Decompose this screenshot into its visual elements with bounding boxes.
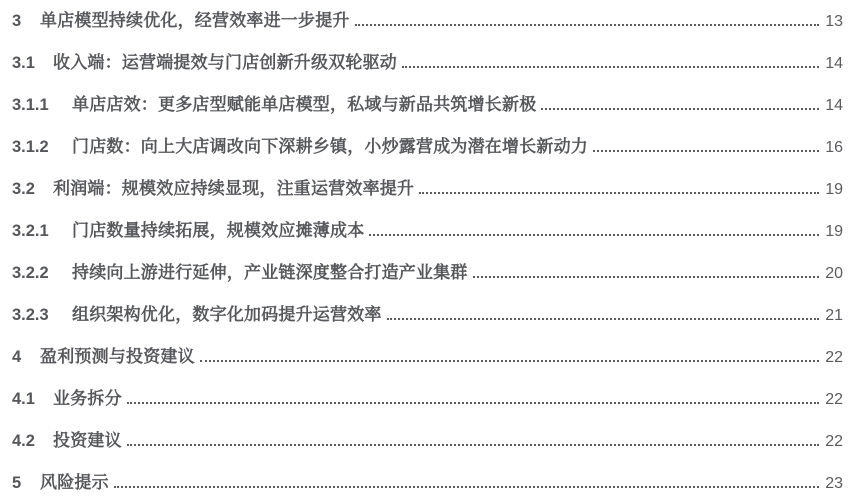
toc-entry-page: 13 (821, 1, 843, 43)
toc-entry[interactable]: 3.1 收入端：运营端提效与门店创新升级双轮驱动 14 (12, 42, 843, 84)
dot-leader (402, 65, 819, 68)
toc-entry[interactable]: 3 单店模型持续优化，经营效率进一步提升 13 (12, 0, 843, 42)
toc-entry-page: 14 (821, 85, 843, 127)
dot-leader (473, 275, 819, 278)
toc-entry-title: 投资建议 (53, 420, 122, 462)
toc-entry-title: 单店店效：更多店型赋能单店模型，私域与新品共筑增长新极 (72, 84, 536, 126)
dot-leader (200, 359, 819, 362)
toc-entry-title: 收入端：运营端提效与门店创新升级双轮驱动 (53, 42, 397, 84)
toc-entry-number: 3 (12, 0, 40, 42)
toc-entry-number: 4.2 (12, 420, 53, 462)
toc-entry[interactable]: 4 盈利预测与投资建议 22 (12, 336, 843, 378)
toc-entry-title: 门店数：向上大店调改向下深耕乡镇，小炒露营成为潜在增长新动力 (72, 126, 588, 168)
dot-leader (127, 443, 819, 446)
toc-entry-title: 组织架构优化，数字化加码提升运营效率 (72, 294, 382, 336)
toc-entry-number: 3.1 (12, 42, 53, 84)
dot-leader (114, 485, 819, 488)
toc-entry-title: 风险提示 (40, 462, 109, 504)
toc-entry-number: 4 (12, 336, 40, 378)
toc-entry-page: 20 (821, 253, 843, 295)
toc-entry[interactable]: 3.2.3 组织架构优化，数字化加码提升运营效率 21 (12, 294, 843, 336)
dot-leader (127, 401, 819, 404)
toc-entry[interactable]: 4.1 业务拆分 22 (12, 378, 843, 420)
toc-entry-title: 盈利预测与投资建议 (40, 336, 195, 378)
toc-entry[interactable]: 3.1.1 单店店效：更多店型赋能单店模型，私域与新品共筑增长新极 14 (12, 84, 843, 126)
toc-entry-number: 4.1 (12, 378, 53, 420)
table-of-contents: 3 单店模型持续优化，经营效率进一步提升 13 3.1 收入端：运营端提效与门店… (0, 0, 850, 504)
dot-leader (369, 233, 819, 236)
toc-entry-number: 3.1.2 (12, 126, 72, 168)
dot-leader (593, 149, 819, 152)
dot-leader (419, 191, 819, 194)
toc-entry-number: 5 (12, 462, 40, 504)
toc-entry-number: 3.2.3 (12, 294, 72, 336)
toc-entry[interactable]: 3.2.2 持续向上游进行延伸，产业链深度整合打造产业集群 20 (12, 252, 843, 294)
toc-entry[interactable]: 4.2 投资建议 22 (12, 420, 843, 462)
dot-leader (355, 23, 819, 26)
toc-entry-number: 3.1.1 (12, 84, 72, 126)
toc-entry-page: 23 (821, 463, 843, 504)
toc-entry-page: 19 (821, 211, 843, 253)
toc-entry[interactable]: 3.1.2 门店数：向上大店调改向下深耕乡镇，小炒露营成为潜在增长新动力 16 (12, 126, 843, 168)
toc-entry-page: 22 (821, 337, 843, 379)
toc-entry-number: 3.2.2 (12, 252, 72, 294)
toc-entry-page: 21 (821, 295, 843, 337)
toc-entry-page: 19 (821, 169, 843, 211)
toc-entry-page: 16 (821, 127, 843, 169)
toc-entry-title: 门店数量持续拓展，规模效应摊薄成本 (72, 210, 364, 252)
toc-entry[interactable]: 3.2 利润端：规模效应持续显现，注重运营效率提升 19 (12, 168, 843, 210)
toc-entry-title: 持续向上游进行延伸，产业链深度整合打造产业集群 (72, 252, 468, 294)
toc-entry-title: 利润端：规模效应持续显现，注重运营效率提升 (53, 168, 414, 210)
dot-leader (387, 317, 819, 320)
toc-entry-title: 业务拆分 (53, 378, 122, 420)
toc-entry-page: 22 (821, 421, 843, 463)
toc-entry-page: 22 (821, 379, 843, 421)
toc-entry-number: 3.2.1 (12, 210, 72, 252)
toc-entry-title: 单店模型持续优化，经营效率进一步提升 (40, 0, 350, 42)
toc-entry[interactable]: 5 风险提示 23 (12, 462, 843, 504)
dot-leader (541, 107, 819, 110)
toc-entry-page: 14 (821, 43, 843, 85)
toc-entry[interactable]: 3.2.1 门店数量持续拓展，规模效应摊薄成本 19 (12, 210, 843, 252)
toc-entry-number: 3.2 (12, 168, 53, 210)
